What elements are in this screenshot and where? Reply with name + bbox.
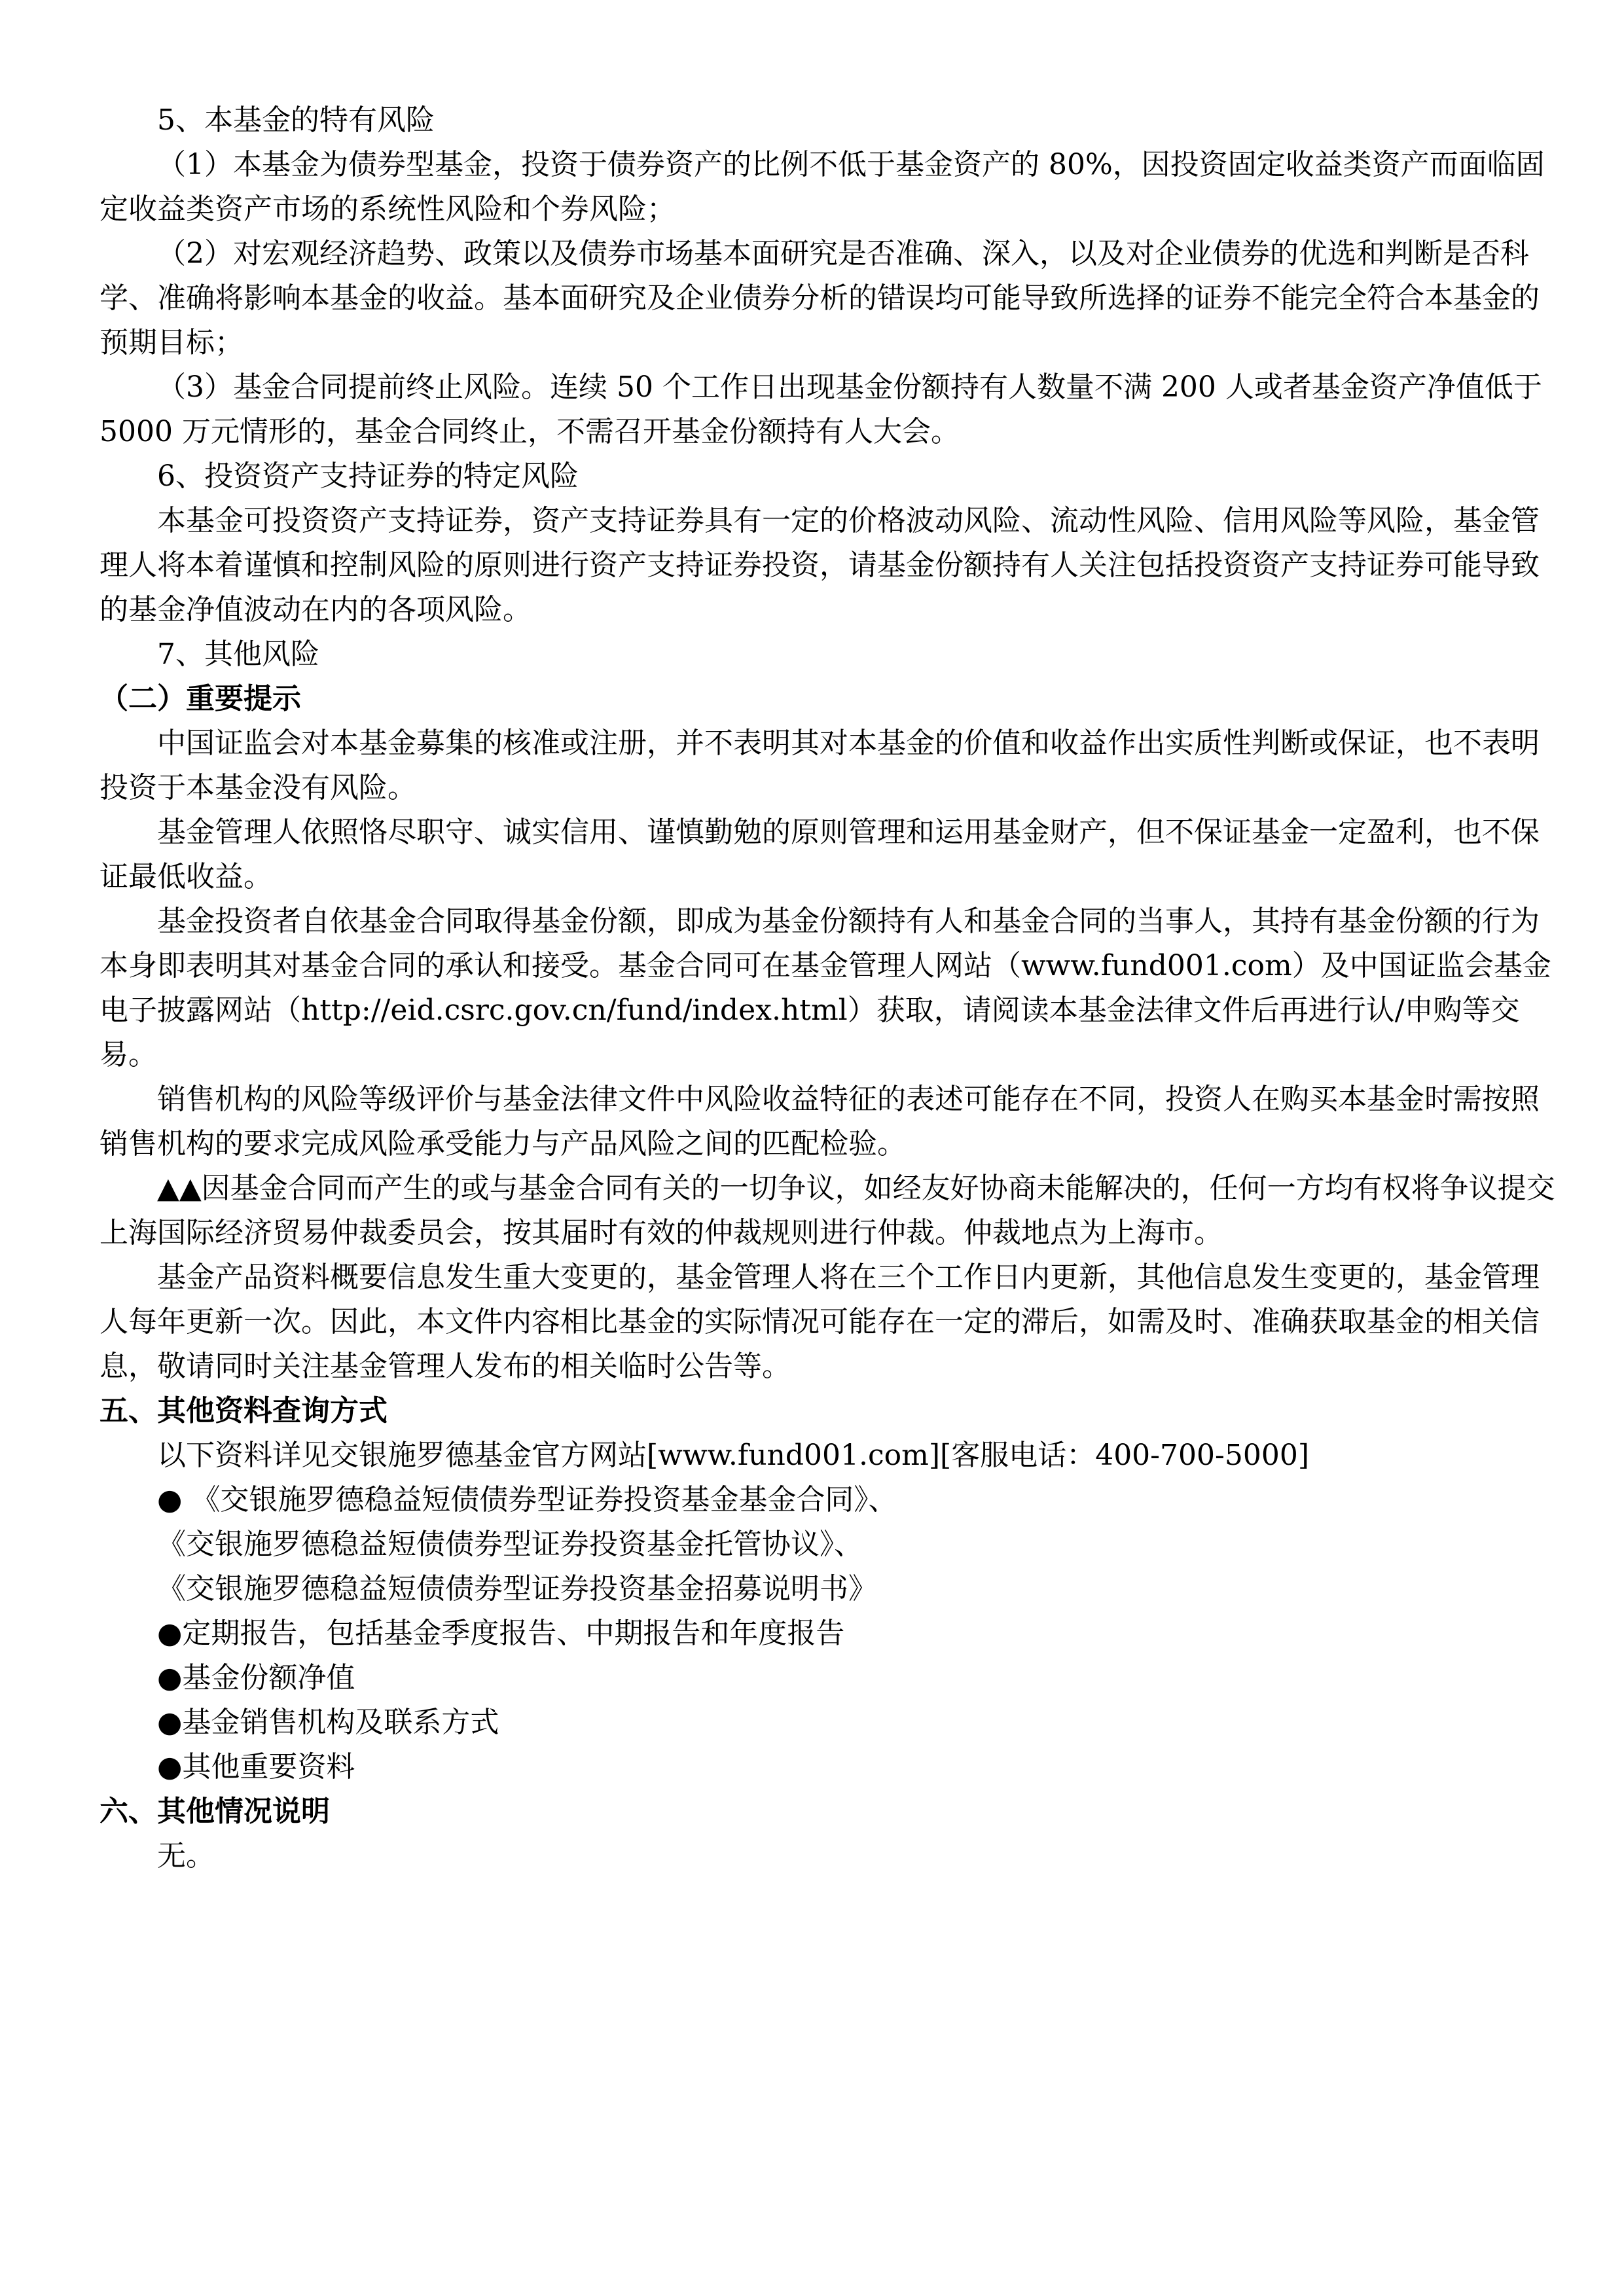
paragraph: 销售机构的风险等级评价与基金法律文件中风险收益特征的表述可能存在不同，投资人在购… (99, 1077, 1566, 1166)
paragraph: 6、投资资产支持证券的特定风险 (99, 454, 1566, 499)
paragraph: 基金产品资料概要信息发生重大变更的，基金管理人将在三个工作日内更新，其他信息发生… (99, 1255, 1566, 1389)
list-item: ● 《交银施罗德稳益短债债券型证券投资基金基金合同》、 (99, 1478, 1566, 1522)
list-item: 《交银施罗德稳益短债债券型证券投资基金招募说明书》 (99, 1567, 1566, 1611)
list-item: ●基金份额净值 (99, 1656, 1566, 1700)
list-item: ●基金销售机构及联系方式 (99, 1700, 1566, 1745)
paragraph: 中国证监会对本基金募集的核准或注册，并不表明其对本基金的价值和收益作出实质性判断… (99, 721, 1566, 810)
section-heading: （二）重要提示 (99, 677, 1566, 721)
paragraph: 本基金可投资资产支持证券，资产支持证券具有一定的价格波动风险、流动性风险、信用风… (99, 499, 1566, 632)
paragraph: 7、其他风险 (99, 632, 1566, 677)
paragraph: 无。 (99, 1834, 1566, 1878)
document-page: 5、本基金的特有风险 （1）本基金为债券型基金，投资于债券资产的比例不低于基金资… (99, 98, 1566, 1878)
paragraph: ▲▲因基金合同而产生的或与基金合同有关的一切争议，如经友好协商未能解决的，任何一… (99, 1166, 1566, 1255)
paragraph: 5、本基金的特有风险 (99, 98, 1566, 143)
list-item: ●定期报告，包括基金季度报告、中期报告和年度报告 (99, 1611, 1566, 1656)
list-item: 《交银施罗德稳益短债债券型证券投资基金托管协议》、 (99, 1522, 1566, 1567)
paragraph: （1）本基金为债券型基金，投资于债券资产的比例不低于基金资产的 80%，因投资固… (99, 143, 1566, 232)
paragraph: 基金管理人依照恪尽职守、诚实信用、谨慎勤勉的原则管理和运用基金财产，但不保证基金… (99, 810, 1566, 899)
paragraph: 基金投资者自依基金合同取得基金份额，即成为基金份额持有人和基金合同的当事人，其持… (99, 899, 1566, 1077)
section-heading: 六、其他情况说明 (99, 1789, 1566, 1834)
paragraph: （3）基金合同提前终止风险。连续 50 个工作日出现基金份额持有人数量不满 20… (99, 365, 1566, 454)
section-heading: 五、其他资料查询方式 (99, 1389, 1566, 1433)
list-item: ●其他重要资料 (99, 1745, 1566, 1789)
paragraph: （2）对宏观经济趋势、政策以及债券市场基本面研究是否准确、深入，以及对企业债券的… (99, 232, 1566, 365)
paragraph: 以下资料详见交银施罗德基金官方网站[www.fund001.com][客服电话：… (99, 1433, 1566, 1478)
